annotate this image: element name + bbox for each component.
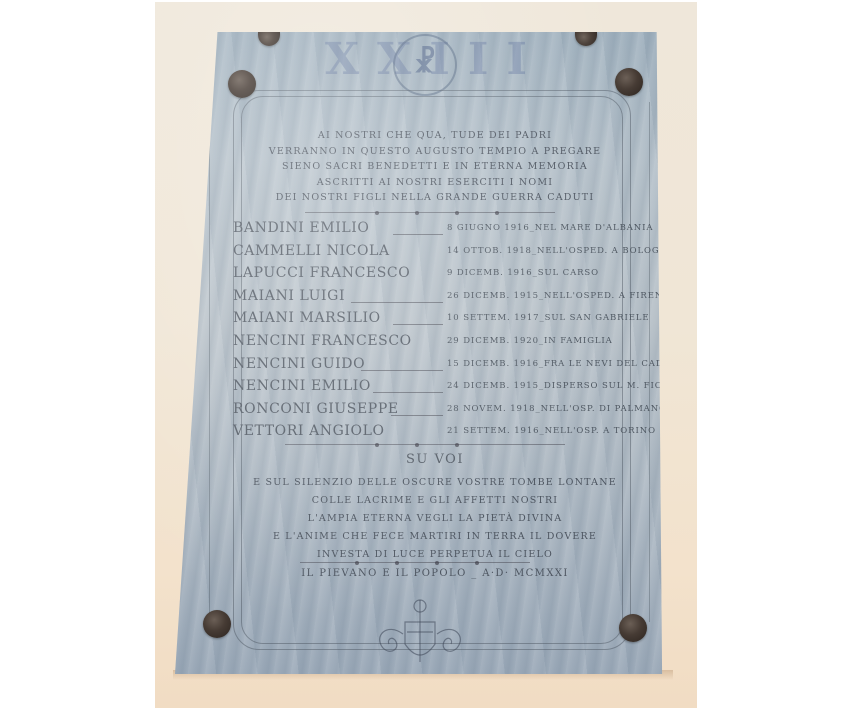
intro-inscription: AI NOSTRI CHE QUA, TUDE DEI PADRI VERRAN…	[235, 128, 635, 206]
fallen-detail: 15 DICEMB. 1916_FRA LE NEVI DEL CADORE	[447, 359, 686, 369]
prayer-inscription: E SUL SILENZIO DELLE OSCURE VOSTRE TOMBE…	[235, 474, 635, 564]
intro-line: DEI NOSTRI FIGLI NELLA GRANDE GUERRA CAD…	[235, 190, 635, 206]
fallen-detail: 24 DICEMB. 1915_DISPERSO SUL M. FIORE	[447, 381, 677, 391]
bolt-icon	[203, 610, 231, 638]
ornamental-divider	[285, 444, 565, 445]
ornamental-divider	[305, 212, 555, 213]
fallen-row: RONCONI GIUSEPPE28 NOVEM. 1918_NELL'OSP.…	[233, 401, 653, 424]
fallen-name: MAIANI LUIGI	[233, 288, 345, 304]
fallen-name: CAMMELLI NICOLA	[233, 243, 390, 259]
fallen-list: BANDINI EMILIO8 GIUGNO 1916_NEL MARE D'A…	[233, 220, 653, 446]
fallen-detail: 21 SETTEM. 1916_NELL'OSP. A TORINO	[447, 426, 656, 436]
fallen-detail: 9 DICEMB. 1916_SUL CARSO	[447, 268, 599, 278]
fallen-detail: 14 OTTOB. 1918_NELL'OSPED. A BOLOGNA	[447, 246, 675, 256]
bolt-icon	[619, 614, 647, 642]
prayer-line: E L'ANIME CHE FECE MARTIRI IN TERRA IL D…	[235, 528, 635, 546]
fallen-name: NENCINI EMILIO	[233, 378, 371, 394]
prayer-line: L'AMPIA ETERNA VEGLI LA PIETÀ DIVINA	[235, 510, 635, 528]
fallen-row: MAIANI LUIGI26 DICEMB. 1915_NELL'OSPED. …	[233, 288, 653, 311]
fallen-detail: 8 GIUGNO 1916_NEL MARE D'ALBANIA	[447, 223, 653, 233]
cross-shield-cartouche-icon	[365, 592, 475, 674]
dedication-footer: IL PIEVANO E IL POPOLO _ A·D· MCMXXI	[235, 568, 635, 579]
fallen-row: LAPUCCI FRANCESCO9 DICEMB. 1916_SUL CARS…	[233, 265, 653, 288]
emblem-glyph: ☧	[395, 46, 455, 79]
fallen-row: VETTORI ANGIOLO21 SETTEM. 1916_NELL'OSP.…	[233, 423, 653, 446]
fallen-detail: 29 DICEMB. 1920_IN FAMIGLIA	[447, 336, 613, 346]
side-border-line	[209, 102, 210, 622]
fallen-name: BANDINI EMILIO	[233, 220, 369, 236]
chi-rho-emblem-icon: ☧	[393, 34, 457, 96]
ornamental-divider	[300, 562, 530, 563]
fallen-row: BANDINI EMILIO8 GIUGNO 1916_NEL MARE D'A…	[233, 220, 653, 243]
fallen-detail: 10 SETTEM. 1917_SUL SAN GABRIELE	[447, 313, 649, 323]
fallen-row: MAIANI MARSILIO10 SETTEM. 1917_SUL SAN G…	[233, 310, 653, 333]
fallen-name: VETTORI ANGIOLO	[233, 423, 385, 439]
prayer-line: E SUL SILENZIO DELLE OSCURE VOSTRE TOMBE…	[235, 474, 635, 492]
fallen-name: MAIANI MARSILIO	[233, 310, 381, 326]
fallen-row: CAMMELLI NICOLA14 OTTOB. 1918_NELL'OSPED…	[233, 243, 653, 266]
fallen-name: LAPUCCI FRANCESCO	[233, 265, 410, 281]
fallen-detail: 28 NOVEM. 1918_NELL'OSP. DI PALMANOVA	[447, 404, 680, 414]
fallen-name: NENCINI GUIDO	[233, 356, 365, 372]
intro-line: VERRANNO IN QUESTO AUGUSTO TEMPIO A PREG…	[235, 144, 635, 160]
fallen-row: NENCINI FRANCESCO29 DICEMB. 1920_IN FAMI…	[233, 333, 653, 356]
intro-line: SIENO SACRI BENEDETTI E IN ETERNA MEMORI…	[235, 159, 635, 175]
bolt-icon	[258, 32, 280, 46]
fallen-detail: 26 DICEMB. 1915_NELL'OSPED. A FIRENZE	[447, 291, 677, 301]
prayer-line: COLLE LACRIME E GLI AFFETTI NOSTRI	[235, 492, 635, 510]
fallen-name: NENCINI FRANCESCO	[233, 333, 412, 349]
bolt-icon	[615, 68, 643, 96]
photo: XXIII ☧ AI NOSTRI CHE QUA, TUDE DEI PADR…	[155, 2, 697, 708]
su-voi-heading: SU VOI	[235, 452, 635, 467]
memorial-plaque: XXIII ☧ AI NOSTRI CHE QUA, TUDE DEI PADR…	[175, 32, 669, 674]
fallen-row: NENCINI GUIDO15 DICEMB. 1916_FRA LE NEVI…	[233, 356, 653, 379]
intro-line: ASCRITTI AI NOSTRI ESERCITI I NOMI	[235, 175, 635, 191]
bolt-icon	[228, 70, 256, 98]
fallen-name: RONCONI GIUSEPPE	[233, 401, 399, 417]
intro-line: AI NOSTRI CHE QUA, TUDE DEI PADRI	[235, 128, 635, 144]
fallen-row: NENCINI EMILIO24 DICEMB. 1915_DISPERSO S…	[233, 378, 653, 401]
